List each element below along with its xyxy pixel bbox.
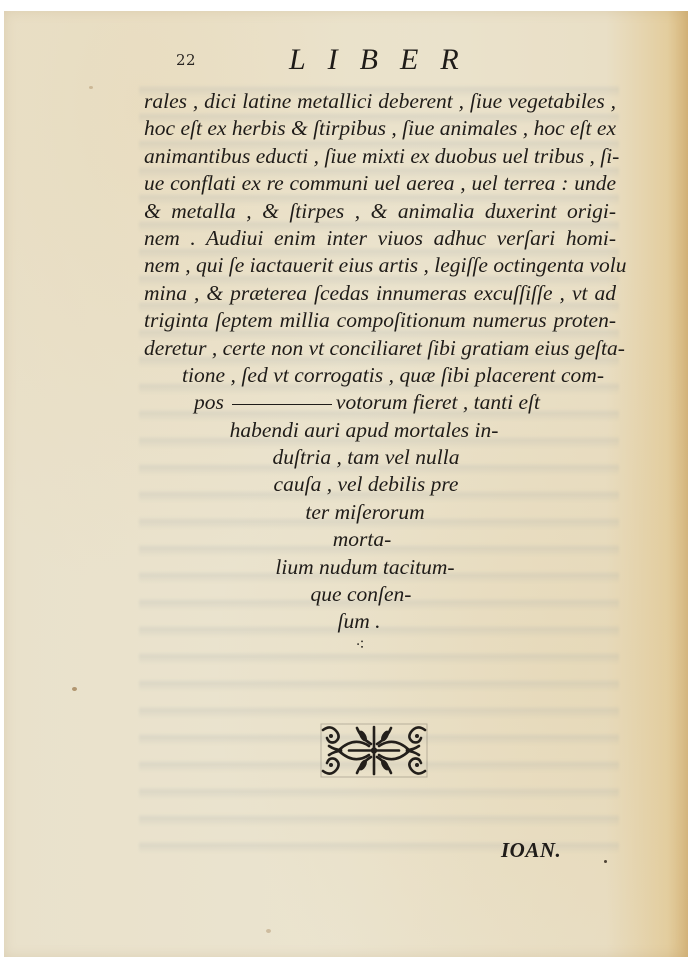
foxing-spot	[604, 860, 607, 863]
text-line: rales , dici latine metallici deberent ,…	[144, 88, 616, 115]
page-number: 22	[176, 51, 196, 69]
text-fragment: votorum fieret , tanti eſt	[336, 390, 540, 414]
text-line: ter miſerorum	[144, 499, 616, 526]
omission-dash	[232, 404, 332, 405]
text-line: animantibus educti , ſiue mixti ex duobu…	[144, 143, 616, 170]
text-line: hoc eſt ex herbis & ſtirpibus , ſiue ani…	[144, 115, 616, 142]
foxing-spot	[266, 929, 271, 933]
text-line: ue conflati ex re communi uel aerea , ue…	[144, 170, 616, 197]
body-text: rales , dici latine metallici deberent ,…	[144, 88, 616, 656]
text-line: morta-	[144, 526, 616, 553]
text-line: ſum .	[144, 608, 616, 635]
dash-line: posvotorum fieret , tanti eſt	[144, 389, 616, 416]
text-line: habendi auri apud mortales in-	[144, 417, 616, 444]
fleuron-ornament	[319, 722, 429, 779]
text-line: tione , ſed vt corrogatis , quæ ſibi pla…	[144, 362, 616, 389]
text-line: mina , & præterea ſcedas innumeras excuſ…	[144, 280, 616, 307]
catchword: IOAN.	[501, 838, 561, 863]
text-line: nem , qui ſe iactauerit eius artis , leg…	[144, 252, 616, 279]
text-line: deretur , certe non vt conciliaret ſibi …	[144, 335, 616, 362]
text-fragment: pos	[194, 390, 224, 414]
text-line: duſtria , tam vel nulla	[144, 444, 616, 471]
text-line: que conſen-	[144, 581, 616, 608]
text-line: & metalla , & ſtirpes , & animalia duxer…	[144, 198, 616, 225]
end-mark: ⁖	[144, 636, 616, 656]
running-head: LIBER	[289, 43, 481, 77]
text-line: nem . Audiui enim inter viuos adhuc verſ…	[144, 225, 616, 252]
foxing-spot	[72, 687, 77, 691]
page-header: 22 LIBER	[4, 49, 688, 89]
book-page: 22 LIBER rales , dici latine metallici d…	[4, 11, 688, 957]
text-line: cauſa , vel debilis pre	[144, 471, 616, 498]
text-line: triginta ſeptem millia compoſitionum num…	[144, 307, 616, 334]
text-line: lium nudum tacitum-	[144, 554, 616, 581]
